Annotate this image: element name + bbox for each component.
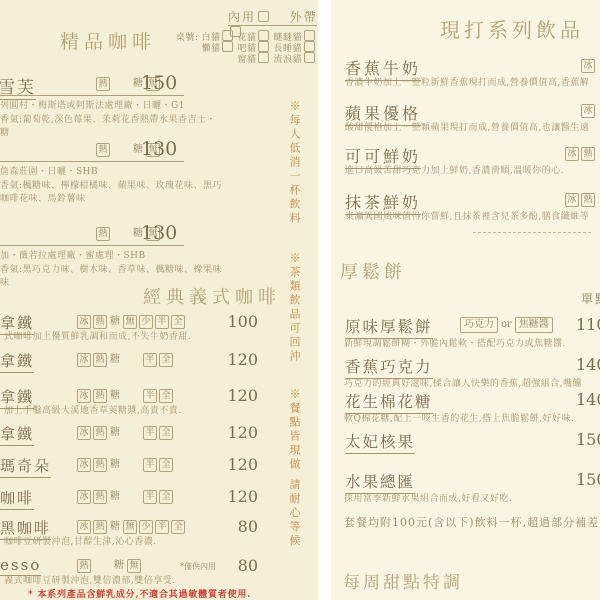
item-tags: 冰	[580, 104, 596, 123]
item-desc: 香氣:黑巧克力味、樹木味、香草味、楓糖味、橡果味	[0, 264, 222, 278]
item-desc: 新鮮現調鬆餅糊・外脆內鬆軟・搭配巧克力或焦糖醬.	[344, 338, 566, 352]
tag-半: 半	[143, 426, 157, 440]
table-name: 窗貓	[237, 55, 256, 65]
table-checkbox	[304, 41, 315, 52]
menu-item: 原味厚鬆餅巧克力or焦糖醬110新鮮現調鬆餅糊・外脆內鬆軟・搭配巧克力或焦糖醬.	[331, 315, 600, 355]
table-name: 流浪貓	[273, 55, 302, 65]
item-desc: 咖啡花味、馬鈴薯味	[0, 193, 86, 207]
tag-gap	[111, 241, 131, 242]
item-underline	[0, 245, 184, 246]
tag-冰: 冰	[77, 520, 91, 534]
tag-gap	[92, 573, 112, 574]
table-checkbox	[222, 41, 233, 52]
tag-gap	[122, 472, 142, 473]
item-desc: 詹森莊園・日曬・SHB	[0, 166, 98, 180]
table-checkbox	[304, 52, 315, 63]
tag-gap	[111, 157, 131, 158]
tag-熱: 熱	[93, 315, 107, 329]
tag-冰: 冰	[565, 193, 579, 207]
menu-item: 太妃核果150	[331, 430, 600, 470]
item-name: 原味厚鬆餅	[345, 315, 433, 339]
item-desc: 香氣:楓糖味、檸檬柑橘味、蘋果味、玫瑰花味、黑巧	[0, 180, 222, 194]
section-title-pancakes: 厚鬆餅	[340, 258, 406, 284]
menu-item: 蘋果優格冰酸甜優格加上一整顆蘋果現打而成,營養價值高,也讓醫生遠	[331, 101, 600, 141]
menu-item: 香蕉牛奶冰香濃牛奶加上一整粒新鮮香蕉現打而成,營養價值高,香蕉解	[331, 56, 600, 96]
tag-熱: 熱	[93, 490, 107, 504]
dine-in-only-note: *僅供內用	[180, 561, 216, 572]
section-title-blended-drinks: 現打系列飲品	[440, 14, 584, 43]
tag-全: 全	[171, 520, 185, 534]
tag-gap	[122, 440, 142, 441]
table-number-row: 窗貓流浪貓	[234, 52, 316, 65]
option-or: or	[501, 317, 512, 332]
item-price: 140	[576, 390, 600, 409]
tag-糖: 糖	[114, 559, 124, 573]
tag-熱: 熱	[93, 520, 107, 534]
item-price: 120	[224, 423, 258, 442]
menu-item: 黑咖啡冰熱糖無少半全80咖啡豆研製沖泡,甘醇生津,沁心香濃.	[0, 517, 258, 553]
tag-熱: 熱	[96, 77, 110, 91]
item-desc: 採用當季新鮮水果組合而成,好看又好吃.	[344, 493, 512, 507]
section-title-weekly-special: 每周甜點特調	[343, 568, 463, 593]
menu-item: 瑪奇朵冰熱糖半全120	[0, 455, 258, 491]
item-price: 150	[141, 72, 177, 94]
item-name: 拿鐵	[0, 423, 34, 446]
item-price: 140	[576, 355, 600, 374]
item-desc: 香濃牛奶加上一整粒新鮮香蕉現打而成,營養價值高,香蕉解	[345, 77, 589, 91]
item-desc: 列圓村・梅斯塔或阿斯法處理廠・日曬・G1	[0, 100, 185, 114]
tag-冰: 冰	[565, 147, 579, 161]
item-desc: 進口高級苦甜巧克力加上鮮奶,香濃滑順,溫暖你的心.	[345, 165, 564, 179]
tag-無: 無	[127, 559, 141, 573]
item-tags: 冰熱	[564, 193, 596, 212]
tag-全: 全	[171, 315, 185, 329]
tag-半: 半	[155, 315, 169, 329]
tag-gap	[122, 403, 142, 404]
tag-熱: 熱	[581, 193, 595, 207]
menu-item: 香蕉巧克力140巧克力的經典好滋味,揉合讓人快樂的香蕉,超強組合,嘴饞	[331, 355, 600, 395]
tag-熱: 熱	[96, 227, 110, 241]
table-checkbox	[258, 52, 269, 63]
menu-item: 可可鮮奶冰熱進口高級苦甜巧克力加上鮮奶,香濃滑順,溫暖你的心.	[331, 144, 600, 184]
item-name: 水果總匯	[345, 470, 415, 494]
item-desc: 咖啡豆研製沖泡,甘醇生津,沁心香濃.	[4, 536, 157, 550]
item-name: 拿鐵	[0, 350, 34, 373]
menu-item: 花生棉花糖140軟Q棉花糖,配上一咬生香的花生,搭上焦脆鬆餅,好好味.	[331, 390, 600, 430]
tag-全: 全	[159, 353, 173, 367]
tag-全: 全	[159, 458, 173, 472]
table-checkbox	[222, 30, 233, 41]
item-price: 80	[224, 556, 258, 575]
item-desc: 東瀛異國風味值得你嘗鮮,且抹茶裡含兒茶多酚,膳食纖維等	[345, 211, 589, 225]
item-tags: 冰熱糖半全	[76, 353, 174, 372]
tag-冰: 冰	[581, 104, 595, 118]
tag-糖: 糖	[110, 426, 120, 440]
menu-item: 拿鐵冰熱糖半全120	[0, 423, 258, 459]
tag-冰: 冰	[77, 353, 91, 367]
menu-page-left: 內用 外帶 桌號:白貓花貓瞇瞇貓懶貓吧貓長睡貓窗貓流浪貓 精品咖啡 雪芙熱糖無1…	[0, 0, 318, 600]
tag-冰: 冰	[77, 490, 91, 504]
tag-半: 半	[143, 353, 157, 367]
menu-page-right: 現打系列飲品 香蕉牛奶冰香濃牛奶加上一整粒新鮮香蕉現打而成,營養價值高,香蕉解蘋…	[331, 0, 600, 600]
menu-item: 拿鐵冰熱糖無少半全100式咖啡加上優質鮮乳調和而成,不失牛奶香甜.	[0, 312, 258, 348]
tag-熱: 熱	[93, 426, 107, 440]
menu-item: 拿鐵冰熱糖半全120	[0, 350, 258, 386]
tag-熱: 熱	[93, 389, 107, 403]
tag-gap	[111, 91, 131, 92]
item-name: 太妃核果	[345, 430, 415, 454]
table-checkbox	[304, 30, 315, 41]
tag-gap	[122, 367, 142, 368]
tag-熱: 熱	[93, 458, 107, 472]
menu-item: 熱糖無130加・薇若拉處理廠・蜜處理・SHB香氣:黑巧克力味、樹木味、香草味、楓…	[0, 223, 184, 285]
tag-冰: 冰	[77, 389, 91, 403]
service-underline	[228, 25, 317, 26]
item-price: 100	[224, 312, 258, 331]
table-checkbox	[258, 41, 269, 52]
tag-糖: 糖	[110, 353, 120, 367]
table-number-label: 桌號:	[176, 33, 199, 43]
item-tags: 冰熱糖半全	[76, 490, 174, 509]
item-underline	[0, 95, 184, 96]
item-name: 瑪奇朵	[0, 455, 51, 478]
menu-item: 雪芙熱糖無150列圓村・梅斯塔或阿斯法處理廠・日曬・G1香氣:葡萄乾,深色莓果、…	[0, 73, 184, 135]
column-header-a-la-carte: 單點	[581, 290, 600, 307]
divider-dashed	[473, 232, 591, 233]
item-desc: 加上手鑿高級大溪地香草莢糖漿,高貴不貴.	[4, 405, 182, 419]
tag-少: 少	[139, 520, 153, 534]
tag-冰: 冰	[77, 315, 91, 329]
sauce-options: 巧克力or焦糖醬	[459, 317, 554, 336]
tag-半: 半	[143, 389, 157, 403]
item-price: 120	[224, 386, 258, 405]
item-desc: 香氣:葡萄乾,深色莓果、茉莉花香熱帶水果香吉士・	[0, 114, 216, 128]
tag-糖: 糖	[110, 520, 120, 534]
tag-冰: 冰	[581, 59, 595, 73]
item-tags: 冰熱糖半全	[76, 426, 174, 445]
tag-熱: 熱	[77, 559, 91, 573]
side-note-tea-refill: ※茶類飲品可回沖	[286, 252, 302, 392]
menu-item: 水果總匯150採用當季新鮮水果組合而成,好看又好吃.	[331, 470, 600, 510]
item-price: 120	[224, 487, 258, 506]
section-title-specialty-coffee: 精品咖啡	[60, 27, 156, 54]
item-price: 120	[224, 455, 258, 474]
item-name: esso	[0, 556, 41, 576]
tag-全: 全	[159, 389, 173, 403]
tag-半: 半	[143, 458, 157, 472]
tag-熱: 熱	[581, 147, 595, 161]
tag-半: 半	[143, 490, 157, 504]
item-desc: 式咖啡加上優質鮮乳調和而成,不失牛奶香甜.	[4, 331, 191, 345]
tag-gap	[122, 504, 142, 505]
menu-item: 抹茶鮮奶冰熱東瀛異國風味值得你嘗鮮,且抹茶裡含兒茶多酚,膳食纖維等	[331, 190, 600, 230]
item-underline	[0, 161, 184, 162]
item-price: 130	[141, 222, 177, 244]
tag-無: 無	[123, 520, 137, 534]
table-name: 懶貓	[201, 44, 220, 54]
menu-item: 拿鐵冰熱糖半全120加上手鑿高級大溪地香草莢糖漿,高貴不貴.	[0, 386, 258, 422]
item-tags: 冰熱糖半全	[76, 458, 174, 477]
allergy-note: * 本系列產品含鮮乳成分,不適合其過敏體質者使用.	[28, 587, 251, 600]
tag-熱: 熱	[93, 353, 107, 367]
item-price: 150	[576, 430, 600, 449]
item-name: 咖啡	[0, 487, 34, 510]
tag-全: 全	[159, 490, 173, 504]
tag-無: 無	[123, 315, 137, 329]
option-巧克力: 巧克力	[460, 317, 498, 333]
item-tags: 冰	[580, 59, 596, 78]
item-price: 150	[576, 470, 600, 489]
tag-糖: 糖	[110, 458, 120, 472]
item-price: 130	[141, 138, 177, 160]
item-price: 110	[576, 315, 600, 334]
tag-糖: 糖	[110, 389, 120, 403]
tag-少: 少	[139, 315, 153, 329]
item-desc: 軟Q棉花糖,配上一咬生香的花生,搭上焦脆鬆餅,好好味.	[344, 413, 574, 427]
option-焦糖醬: 焦糖醬	[515, 317, 553, 333]
tag-熱: 熱	[96, 143, 110, 157]
item-desc: 加・薇若拉處理廠・蜜處理・SHB	[0, 250, 146, 264]
menu-item: 熱糖無130詹森莊園・日曬・SHB香氣:楓糖味、檸檬柑橘味、蘋果味、玫瑰花味、黑…	[0, 139, 184, 201]
item-desc: 味	[0, 277, 10, 291]
item-desc: 酸甜優格加上一整顆蘋果現打而成,營養價值高,也讓醫生遠	[345, 122, 589, 136]
item-price: 80	[224, 517, 258, 536]
side-note-made-to-order: ※餐點皆現做 請耐心等候	[286, 388, 302, 578]
item-name: 花生棉花糖	[345, 390, 433, 414]
tag-冰: 冰	[77, 458, 91, 472]
tag-糖: 糖	[110, 490, 120, 504]
item-name: 香蕉巧克力	[345, 355, 433, 379]
tag-糖: 糖	[110, 315, 120, 329]
combo-drink-note: 套餐均附100元(含以下)飲料一杯,超過部分補差	[344, 514, 599, 530]
table-checkbox	[258, 30, 269, 41]
tag-半: 半	[155, 520, 169, 534]
item-price: 120	[224, 350, 258, 369]
tag-全: 全	[159, 426, 173, 440]
dine-in-label: 內用	[228, 10, 256, 24]
section-title-classic-espresso: 經典義式咖啡	[143, 283, 281, 309]
takeout-label: 外帶	[290, 10, 318, 24]
dine-in-checkbox	[258, 11, 269, 22]
item-tags: 冰熱	[564, 147, 596, 166]
tag-冰: 冰	[77, 426, 91, 440]
